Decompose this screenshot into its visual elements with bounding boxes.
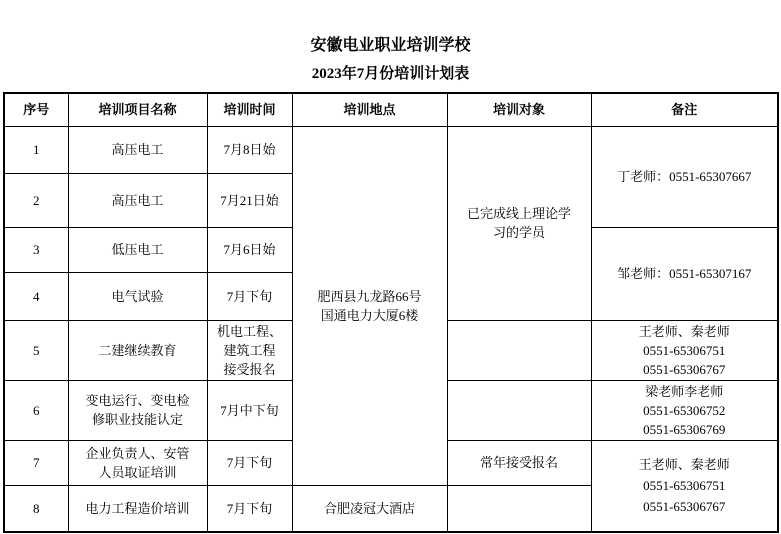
target-row6-cell: [447, 380, 591, 440]
serial-cell: 8: [4, 485, 68, 532]
col-header-target: 培训对象: [447, 93, 591, 126]
serial-cell: 1: [4, 126, 68, 173]
project-name-cell: 电力工程造价培训: [68, 485, 207, 532]
serial-cell: 7: [4, 440, 68, 485]
target-row7-cell: 常年接受报名: [447, 440, 591, 485]
project-name-cell: 高压电工: [68, 126, 207, 173]
project-name-cell: 变电运行、变电检 修职业技能认定: [68, 380, 207, 440]
col-header-location: 培训地点: [292, 93, 447, 126]
plan-subtitle: 2023年7月份培训计划表: [0, 64, 781, 84]
training-plan-table: 序号 培训项目名称 培训时间 培训地点 培训对象 备注 1 高压电工 7月8日始…: [3, 92, 779, 533]
location-row8-cell: 合肥凌冠大酒店: [292, 485, 447, 532]
project-name-cell: 企业负责人、安管 人员取证培训: [68, 440, 207, 485]
project-name-cell: 电气试验: [68, 272, 207, 320]
time-cell: 7月6日始: [207, 227, 292, 272]
serial-cell: 3: [4, 227, 68, 272]
col-header-time: 培训时间: [207, 93, 292, 126]
remark-rows7-8-cell: 王老师、秦老师 0551-65306751 0551-65306767: [591, 440, 778, 532]
target-row8-cell: [447, 485, 591, 532]
time-cell: 7月下旬: [207, 272, 292, 320]
time-cell: 7月下旬: [207, 485, 292, 532]
document-page: 安徽电业职业培训学校 2023年7月份培训计划表 序号 培训项目名称 培训时间 …: [0, 0, 781, 534]
project-name-cell: 二建继续教育: [68, 320, 207, 380]
target-row5-cell: [447, 320, 591, 380]
serial-cell: 6: [4, 380, 68, 440]
target-rows1-4-cell: 已完成线上理论学 习的学员: [447, 126, 591, 320]
time-cell: 机电工程、 建筑工程 接受报名: [207, 320, 292, 380]
remark-rows3-4-cell: 邹老师：0551-65307167: [591, 227, 778, 320]
table-row: 1 高压电工 7月8日始 肥西县九龙路66号 国通电力大厦6楼 已完成线上理论学…: [4, 126, 778, 173]
serial-cell: 4: [4, 272, 68, 320]
col-header-project-name: 培训项目名称: [68, 93, 207, 126]
time-cell: 7月21日始: [207, 173, 292, 227]
title-block: 安徽电业职业培训学校 2023年7月份培训计划表: [0, 0, 781, 84]
time-cell: 7月中下旬: [207, 380, 292, 440]
col-header-serial: 序号: [4, 93, 68, 126]
remark-row6-cell: 梁老师李老师 0551-65306752 0551-65306769: [591, 380, 778, 440]
time-cell: 7月下旬: [207, 440, 292, 485]
location-main-cell: 肥西县九龙路66号 国通电力大厦6楼: [292, 126, 447, 485]
serial-cell: 5: [4, 320, 68, 380]
col-header-remark: 备注: [591, 93, 778, 126]
serial-cell: 2: [4, 173, 68, 227]
school-title: 安徽电业职业培训学校: [0, 36, 781, 56]
header-row: 序号 培训项目名称 培训时间 培训地点 培训对象 备注: [4, 93, 778, 126]
remark-rows1-2-cell: 丁老师：0551-65307667: [591, 126, 778, 227]
project-name-cell: 高压电工: [68, 173, 207, 227]
time-cell: 7月8日始: [207, 126, 292, 173]
project-name-cell: 低压电工: [68, 227, 207, 272]
remark-row5-cell: 王老师、秦老师 0551-65306751 0551-65306767: [591, 320, 778, 380]
